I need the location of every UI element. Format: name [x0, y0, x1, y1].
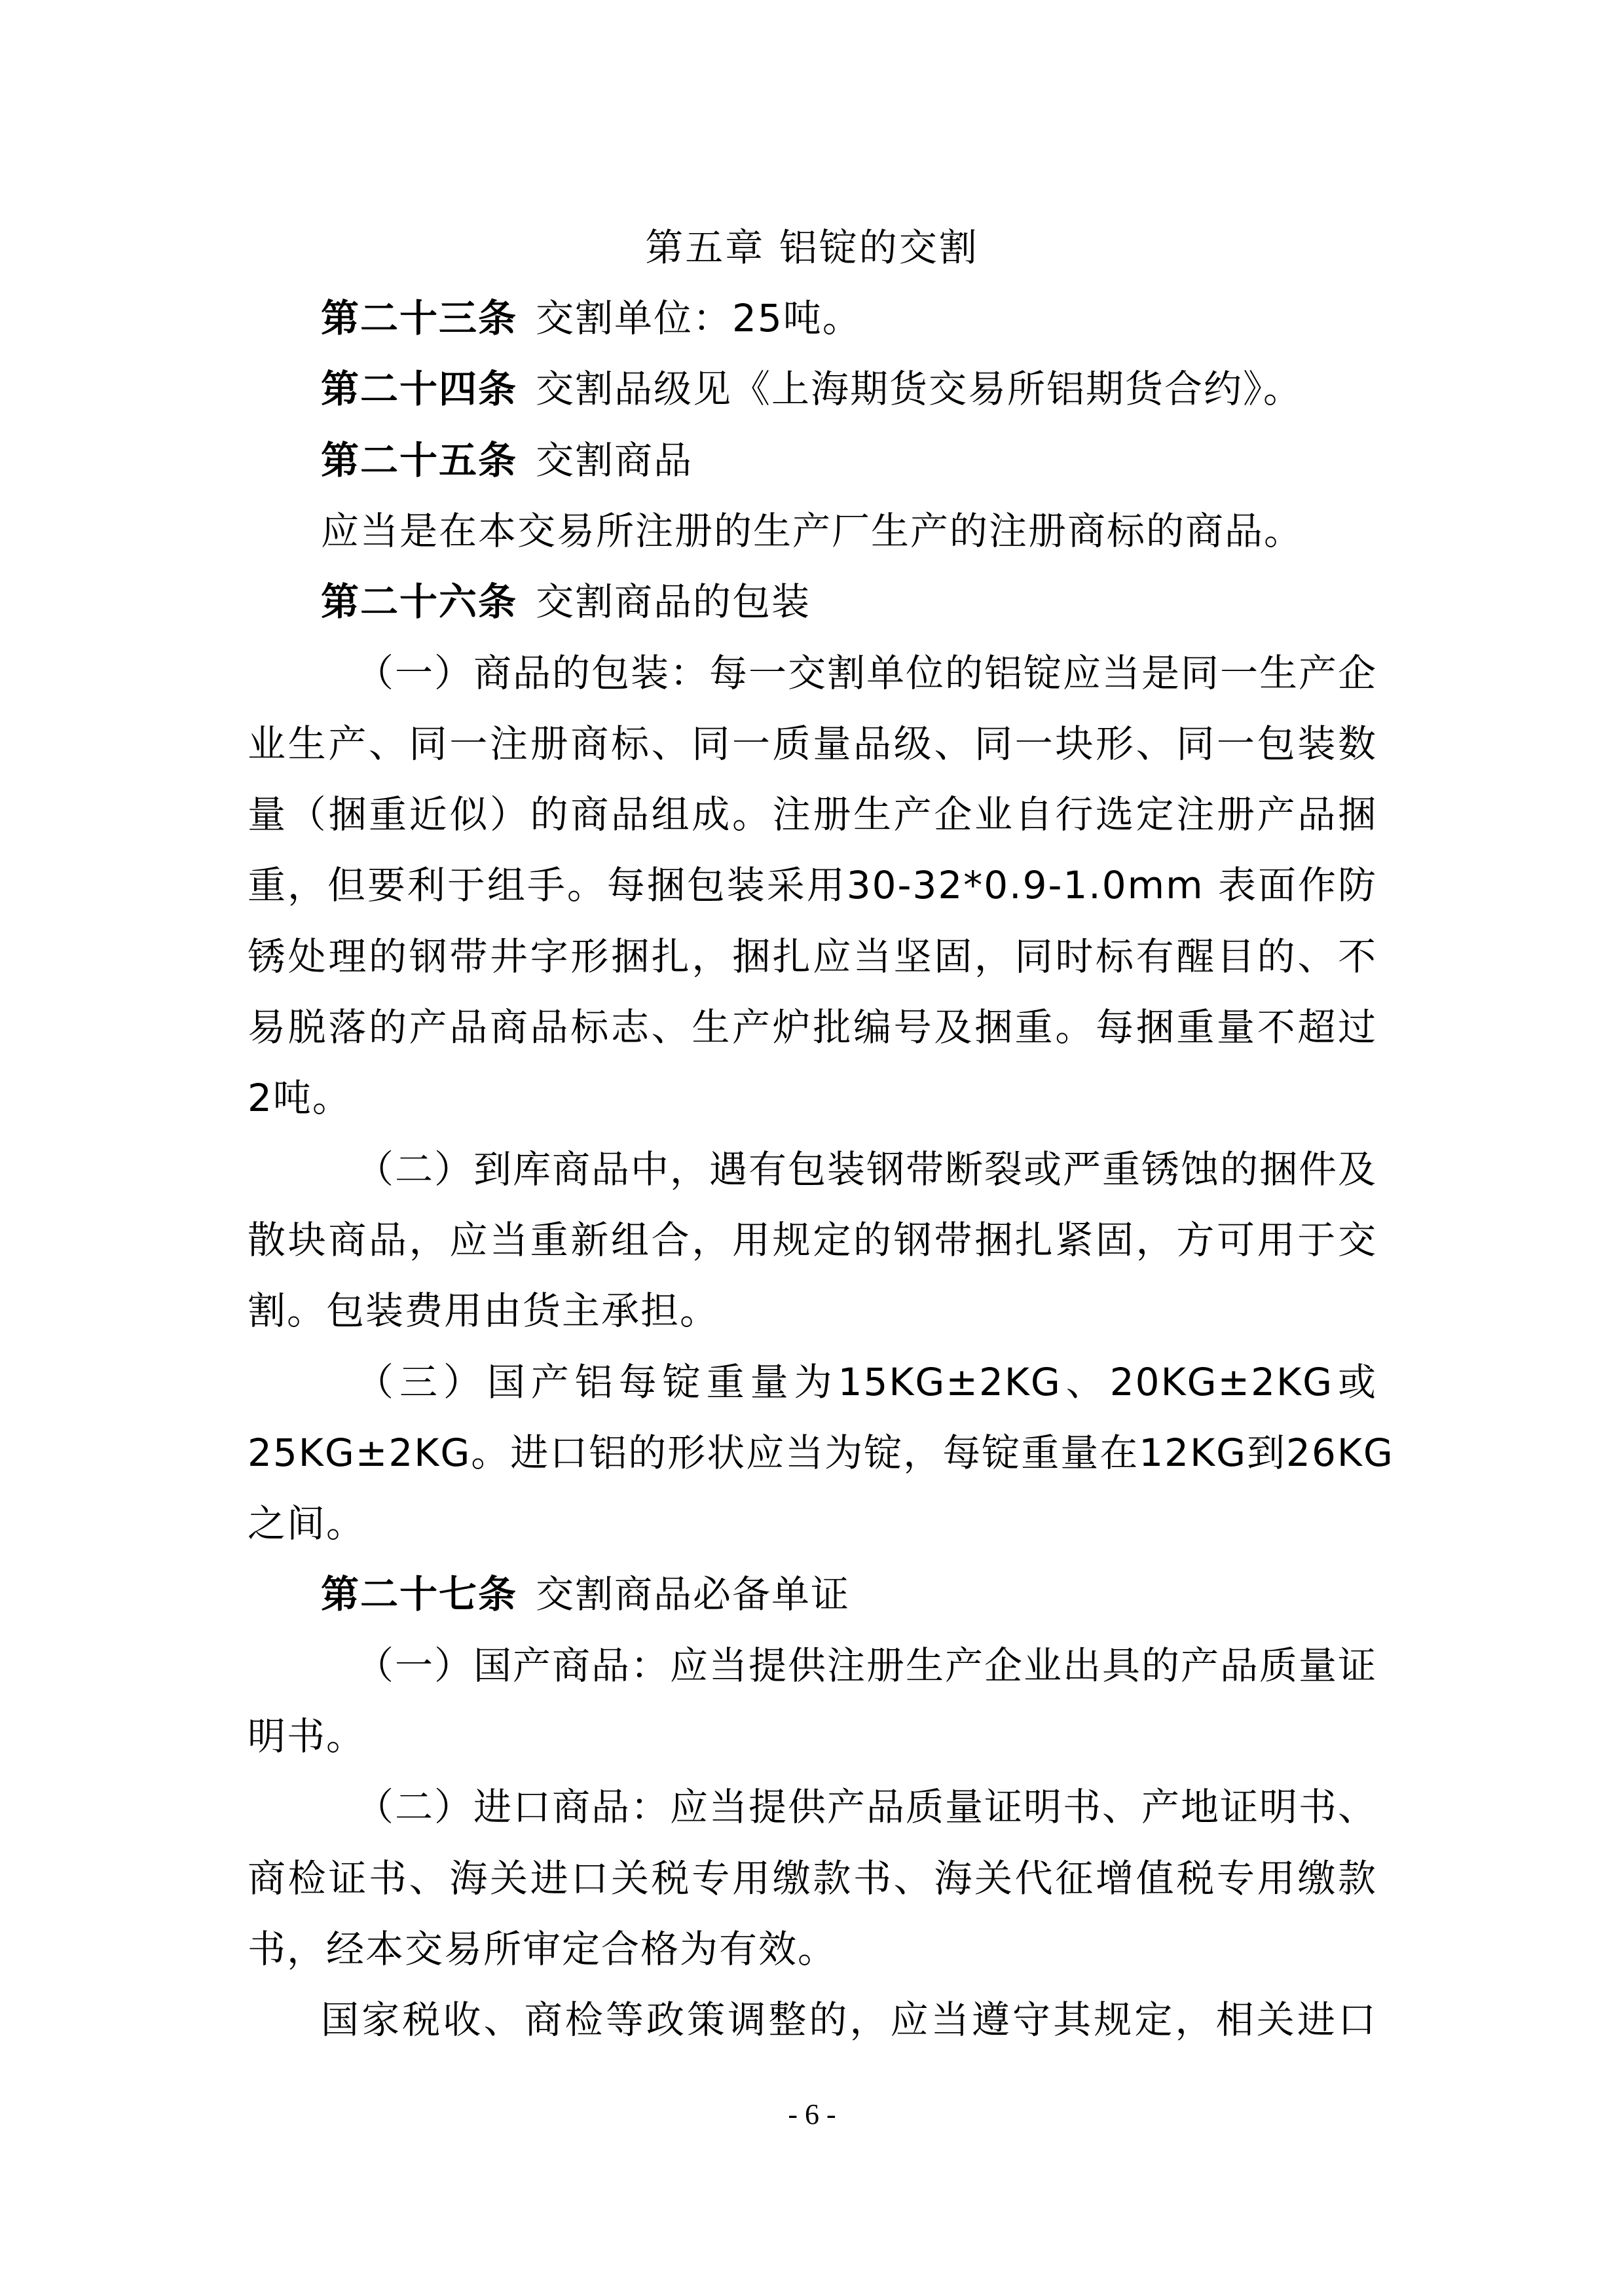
paragraph-line: 25KG±2KG。进口铝的形状应当为锭，每锭重量在12KG到26KG	[248, 1417, 1377, 1488]
paragraph-line: （一）商品的包装：每一交割单位的铝锭应当是同一生产企	[248, 638, 1377, 708]
article-title: 交割商品必备单证	[536, 1572, 850, 1616]
article-26: 第二十六条交割商品的包装	[248, 566, 1377, 637]
article-title: 交割商品	[536, 438, 693, 483]
page-number: - 6 -	[0, 2098, 1624, 2131]
paragraph-line: （二）到库商品中，遇有包装钢带断裂或严重锈蚀的捆件及	[248, 1134, 1377, 1205]
article-24: 第二十四条交割品级见《上海期货交易所铝期货合约》。	[248, 354, 1377, 424]
article-27: 第二十七条交割商品必备单证	[248, 1559, 1377, 1630]
article-title: 交割商品的包装	[536, 579, 811, 624]
paragraph-line: 书，经本交易所审定合格为有效。	[248, 1914, 1377, 1984]
article-label: 第二十三条	[321, 296, 517, 340]
document-page: 第五章 铝锭的交割 第二十三条交割单位：25吨。 第二十四条交割品级见《上海期货…	[0, 0, 1624, 2296]
paragraph-line: 商检证书、海关进口关税专用缴款书、海关代征增值税专用缴款	[248, 1843, 1377, 1914]
article-label: 第二十七条	[321, 1572, 517, 1616]
paragraph-line: 锈处理的钢带井字形捆扎，捆扎应当坚固，同时标有醒目的、不	[248, 921, 1377, 992]
chapter-title: 第五章 铝锭的交割	[0, 212, 1624, 283]
paragraph-line: （三）国产铝每锭重量为15KG±2KG、20KG±2KG或	[248, 1347, 1377, 1417]
paragraph-line: 之间。	[248, 1488, 1377, 1559]
article-title: 交割品级见《上海期货交易所铝期货合约》。	[536, 367, 1302, 411]
paragraph-line: 散块商品，应当重新组合，用规定的钢带捆扎紧固，方可用于交	[248, 1205, 1377, 1275]
paragraph-line: 应当是在本交易所注册的生产厂生产的注册商标的商品。	[248, 496, 1377, 566]
article-label: 第二十六条	[321, 579, 517, 624]
paragraph-line: 明书。	[248, 1701, 1377, 1772]
article-title: 交割单位：25吨。	[536, 296, 862, 340]
paragraph-line: 业生产、同一注册商标、同一质量品级、同一块形、同一包装数	[248, 708, 1377, 779]
paragraph-line: 重，但要利于组手。每捆包装采用30-32*0.9-1.0mm 表面作防	[248, 850, 1377, 920]
paragraph-line: （一）国产商品：应当提供注册生产企业出具的产品质量证	[248, 1630, 1377, 1701]
article-25: 第二十五条交割商品	[248, 425, 1377, 496]
paragraph-line: （二）进口商品：应当提供产品质量证明书、产地证明书、	[248, 1772, 1377, 1842]
paragraph-line: 量（捆重近似）的商品组成。注册生产企业自行选定注册产品捆	[248, 779, 1377, 850]
article-23: 第二十三条交割单位：25吨。	[248, 283, 1377, 354]
paragraph-line: 易脱落的产品商品标志、生产炉批编号及捆重。每捆重量不超过	[248, 992, 1377, 1063]
paragraph-line: 国家税收、商检等政策调整的，应当遵守其规定，相关进口	[248, 1984, 1377, 2055]
paragraph-line: 割。包装费用由货主承担。	[248, 1275, 1377, 1346]
paragraph-line: 2吨。	[248, 1063, 1377, 1133]
article-label: 第二十四条	[321, 367, 517, 411]
article-label: 第二十五条	[321, 438, 517, 483]
